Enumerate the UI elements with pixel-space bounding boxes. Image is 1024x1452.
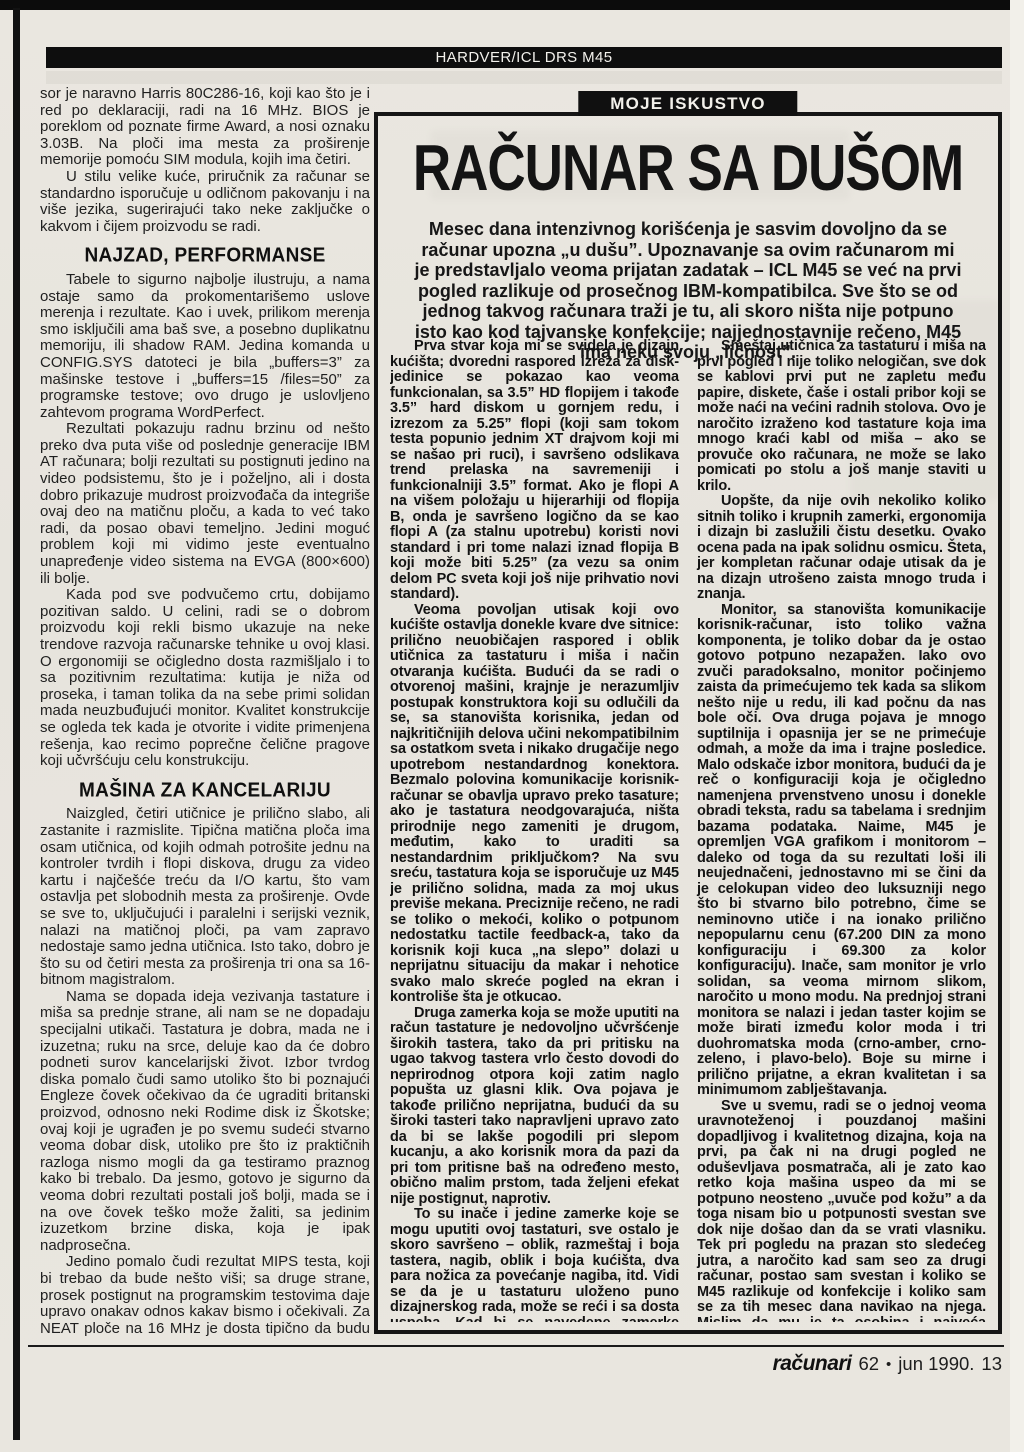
magazine-page: HARDVER/ICL DRS M45 sor je naravno Harri…: [0, 0, 1024, 1452]
left-col-paragraph: Nama se dopada ideja vezivanja tastature…: [40, 989, 370, 1255]
left-col-paragraph: Naizgled, četiri utičnice je prilično sl…: [40, 806, 370, 989]
article-title: RAČUNAR SA DUŠOM: [378, 131, 998, 205]
scan-edge-right: [1010, 0, 1024, 1452]
issue-date: jun 1990.: [898, 1353, 974, 1375]
page-number: 13: [981, 1353, 1002, 1375]
article-paragraph: Prva stvar koja mi se svidela je dizajn …: [390, 339, 679, 603]
print-showthrough-band: [46, 71, 1002, 84]
footer-rule: [28, 1345, 1004, 1347]
issue-number: 62: [858, 1353, 879, 1375]
page-footer: računari 62 • jun 1990. 13: [773, 1352, 1002, 1376]
article-paragraph: Uopšte, da nije ovih nekoliko koliko sit…: [697, 494, 986, 603]
left-col-paragraph: U stilu velike kuće, priručnik za računa…: [40, 169, 370, 235]
article-paragraph: Veoma povoljan utisak koji ovo kućište o…: [390, 603, 679, 1006]
section-heading-office-machine: MAŠINA ZA KANCELARIJU: [40, 782, 370, 800]
section-header-bar: HARDVER/ICL DRS M45: [46, 47, 1002, 68]
scan-edge-left: [13, 8, 20, 1440]
review-article-box: MOJE ISKUSTVO RAČUNAR SA DUŠOM Mesec dan…: [374, 112, 1002, 1334]
section-heading-performance: NAJZAD, PERFORMANSE: [40, 248, 370, 266]
left-col-paragraph: Kada pod sve podvučemo crtu, dobijamo po…: [40, 587, 370, 770]
article-paragraph: Sve u svemu, radi se o jednoj veoma urav…: [697, 1099, 986, 1323]
article-paragraph: To su inače i jedine zamerke koje se mog…: [390, 1207, 679, 1322]
scan-edge-top: [0, 0, 1010, 10]
article-paragraph: Monitor, sa stanovišta komunikacije kori…: [697, 603, 986, 1099]
left-col-paragraph: sor je naravno Harris 80C286-16, koji ka…: [40, 86, 370, 169]
left-col-paragraph: Jedino pomalo čudi rezultat MIPS testa, …: [40, 1254, 370, 1338]
article-paragraph: Smeštaj utičnica za tastaturu i miša na …: [697, 339, 986, 494]
article-columns: Prva stvar koja mi se svidela je dizajn …: [390, 339, 986, 1322]
magazine-name: računari: [773, 1352, 852, 1376]
kicker-banner: MOJE ISKUSTVO: [578, 91, 797, 116]
bullet-separator: •: [886, 1356, 891, 1373]
article-paragraph: Druga zamerka koja se može uputiti na ra…: [390, 1006, 679, 1208]
left-col-paragraph: Tabele to sigurno najbolje ilustruju, a …: [40, 272, 370, 421]
article-column-1: Prva stvar koja mi se svidela je dizajn …: [390, 339, 679, 1322]
left-article-column: sor je naravno Harris 80C286-16, koji ka…: [40, 86, 370, 1338]
article-column-2: Smeštaj utičnica za tastaturu i miša na …: [697, 339, 986, 1322]
section-header-label: HARDVER/ICL DRS M45: [435, 49, 612, 66]
left-col-paragraph: Rezultati pokazuju radnu brzinu od nešto…: [40, 421, 370, 587]
